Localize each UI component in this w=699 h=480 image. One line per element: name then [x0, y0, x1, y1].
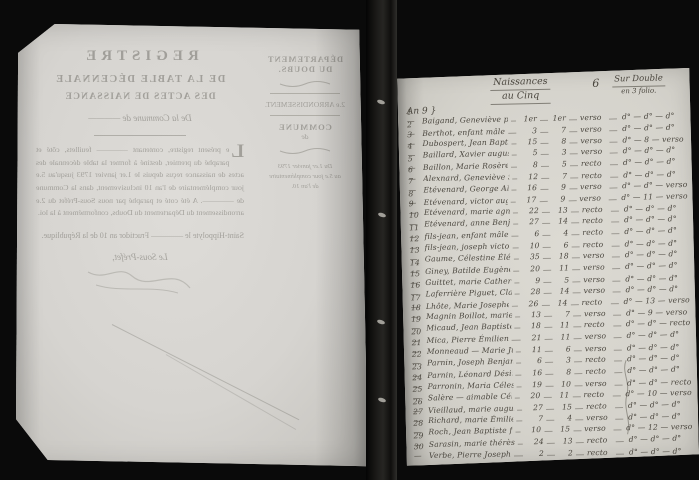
row-recto-verso: recto [582, 205, 608, 214]
ink-dash [614, 349, 622, 350]
ink-dash [609, 187, 617, 188]
row-ditto-marks: d° — 9 — verso [624, 307, 690, 317]
row-folio-number: 10 [522, 241, 540, 250]
row-acte-number: 3 [556, 355, 571, 364]
row-folio-number: 11 [524, 344, 542, 353]
ink-dash [540, 119, 548, 120]
ink-dash [544, 293, 552, 294]
ink-dash [616, 453, 624, 454]
ink-dash [610, 176, 618, 177]
title-rule [94, 135, 186, 136]
row-recto-verso: verso [584, 331, 610, 341]
row-name: Monneaud — Marie Justine [427, 345, 513, 355]
ink-dash [545, 385, 553, 386]
row-folio-number: 35 [522, 252, 540, 261]
ink-dash [514, 455, 523, 456]
row-ditto-marks: d° — d° — d° [625, 342, 691, 352]
row-acte-number: 13 [558, 436, 573, 445]
left-page: DÉPARTEMENT DU DOUBS. 2.e ARRONDISSEMENT… [16, 24, 368, 468]
ink-dash [609, 129, 617, 130]
printed-sidebar: DÉPARTEMENT DU DOUBS. 2.e ARRONDISSEMENT… [258, 48, 352, 305]
ink-dash [609, 118, 617, 119]
ink-dash [571, 234, 579, 235]
year-marker: An 9 } [407, 106, 437, 117]
binding-stitch [378, 397, 387, 403]
row-recto-verso: recto [581, 170, 607, 179]
ink-dash [571, 303, 579, 304]
ink-dash [574, 338, 582, 339]
ink-dash [547, 443, 555, 444]
row-number: 27 — [413, 407, 428, 425]
ink-dash [613, 291, 621, 292]
row-number: 18 — [411, 303, 426, 321]
row-acte-number: 11 [554, 390, 569, 399]
heading-line2: au Cinq [490, 90, 551, 105]
commune-subtitle: De la Commune de ———— [28, 113, 252, 123]
row-recto-verso: recto [585, 366, 611, 376]
row-acte-number: 1er [551, 113, 566, 122]
page-header: Naissances au Cinq 6 Sur Double en 3 fol… [406, 72, 686, 112]
ink-dash [570, 165, 578, 166]
ink-dash [515, 293, 520, 294]
row-name: Guittet, marie Catherine [425, 276, 511, 286]
ink-dash [612, 245, 620, 246]
row-folio-number: 24 [526, 437, 544, 446]
row-ditto-marks: d° — d° — d° [623, 238, 689, 248]
row-folio-number: 20 [522, 391, 540, 400]
ink-dash [514, 282, 519, 283]
ink-dash [575, 419, 583, 420]
ink-dash [516, 351, 521, 352]
ink-dash [613, 430, 621, 431]
row-folio-number: 15 [519, 137, 537, 146]
row-recto-verso: recto [586, 401, 612, 411]
ink-dash [569, 188, 577, 189]
ink-dash [545, 362, 553, 363]
ink-dash [576, 442, 584, 443]
row-acte-number: 6 [554, 240, 569, 249]
ink-dash [511, 189, 516, 190]
row-ditto-marks: d° — d° — d° [622, 203, 688, 213]
ink-dash [515, 432, 520, 433]
row-acte-number: 10 [556, 379, 571, 388]
row-ditto-marks: d° — d° — d° [622, 225, 688, 236]
naissances-heading: Naissances au Cinq [490, 76, 551, 105]
ink-dash [569, 142, 577, 143]
row-recto-verso: recto [587, 447, 613, 456]
ink-dash [571, 223, 579, 224]
ink-dash [543, 397, 551, 398]
sur-double-label: Sur Double [612, 73, 665, 87]
ink-dash [543, 281, 551, 282]
ink-dash [512, 340, 521, 341]
register-rows: An 9 } 1 — Baigand, Geneviève philippine… [407, 108, 693, 460]
row-name: Magnin Boillot, marie rose [426, 310, 512, 320]
ink-dash [515, 316, 520, 317]
row-ditto-marks: d° — d° — d° [627, 433, 693, 444]
row-recto-verso: verso [580, 135, 606, 144]
row-folio-number: 6 [524, 356, 542, 365]
date-note-line: au 5.e jour complémentaire [258, 172, 352, 182]
row-ditto-marks: d° — d° — d° [621, 169, 687, 179]
ink-dash [542, 212, 550, 213]
place-date-line: Saint-Hippolyte le ———— Fructidor an 10 … [28, 231, 252, 240]
ink-dash [547, 454, 555, 455]
ink-dash [609, 141, 617, 142]
row-folio-number: 2 [526, 448, 544, 457]
row-recto-verso: verso [585, 378, 611, 387]
registre-title: REGISTRE [28, 48, 252, 65]
row-folio-number: 9 [522, 275, 540, 284]
ink-dash [511, 120, 516, 121]
ink-dash [513, 224, 518, 225]
ink-dash [510, 201, 515, 202]
ink-dash [544, 316, 552, 317]
row-acte-number: 2 [558, 448, 573, 457]
row-name: Dubospert, Jean Baptiste [422, 137, 508, 147]
ink-dash [569, 130, 577, 131]
pen-scratch [112, 324, 300, 420]
ink-dash [608, 199, 616, 200]
row-acte-number: 5 [552, 159, 567, 168]
ink-dash [545, 350, 553, 351]
row-acte-number: 4 [557, 413, 572, 422]
ink-dash [514, 259, 519, 260]
department-label: DÉPARTEMENT [258, 54, 352, 64]
ink-dash [543, 269, 551, 270]
row-recto-verso: verso [580, 123, 606, 133]
row-number: 9 — [409, 199, 424, 217]
row-recto-verso: recto [583, 239, 609, 248]
ink-dash [540, 131, 548, 132]
ink-dash [511, 143, 516, 144]
date-note-line: Du 1.er janvier 1793 [258, 162, 352, 172]
ink-dash [571, 211, 579, 212]
row-recto-verso: verso [583, 262, 609, 272]
row-ditto-marks: d° — d° — d° [627, 446, 693, 456]
ink-dash [574, 350, 582, 351]
row-acte-number: 7 [555, 309, 570, 318]
ink-dash [514, 328, 520, 329]
row-recto-verso: verso [583, 274, 609, 283]
row-recto-verso: recto [581, 158, 607, 168]
ink-dash [574, 361, 582, 362]
ink-dash [574, 373, 582, 374]
ink-dash [511, 155, 516, 156]
sous-prefet-label: Le Sous-Préfet, [28, 252, 252, 262]
ink-dash [611, 302, 619, 303]
ink-dash [572, 246, 580, 247]
row-acte-number: 5 [554, 275, 569, 284]
row-recto-verso: recto [583, 389, 609, 399]
commune-de: de [258, 132, 352, 141]
ink-dash [544, 431, 552, 432]
row-acte-number: 9 [551, 182, 566, 191]
row-recto-verso: recto [581, 297, 607, 307]
row-acte-number: 11 [555, 332, 570, 341]
ink-dash [544, 327, 552, 328]
heading-line1: Naissances [490, 76, 551, 91]
ink-dash [516, 374, 522, 375]
ink-dash [516, 420, 522, 421]
binding-stitch [377, 99, 386, 105]
row-name: Verbe, Pierre Joseph [429, 449, 511, 459]
ink-dash [612, 395, 620, 396]
row-ditto-marks: d° — d° — d° [620, 121, 686, 132]
department-name: DU DOUBS. [258, 64, 352, 74]
ink-dash [546, 408, 554, 409]
ink-dash [540, 142, 548, 143]
register-attestation-paragraph: Le présent registre, contenant ———— feui… [28, 144, 252, 220]
ink-dash [573, 315, 581, 316]
row-number: 6 — [408, 164, 423, 182]
ink-dash [511, 166, 517, 167]
ink-dash [542, 235, 550, 236]
ink-dash [612, 268, 620, 269]
row-recto-verso: recto [587, 435, 613, 445]
ink-dash [513, 212, 518, 213]
ink-dash [613, 326, 621, 327]
row-recto-verso: recto [582, 227, 608, 237]
row-number: 12 — [409, 234, 424, 252]
ink-dash [512, 178, 517, 179]
row-name: fils-jean, joseph victor [425, 241, 510, 251]
row-number: 15 — [410, 268, 425, 286]
row-ditto-marks: d° — d° — d° [624, 329, 690, 340]
ink-dash [611, 233, 619, 234]
commune-label: COMMUNE [258, 122, 352, 132]
ink-dash [513, 270, 519, 271]
sur-double-note: Sur Double en 3 folio. [612, 73, 665, 96]
ink-dash [612, 256, 620, 257]
row-folio-number: 20 [522, 264, 540, 273]
row-recto-verso: verso [585, 343, 611, 352]
row-name: Alexnard, Geneviève Sylvie [423, 172, 509, 182]
ink-dash [574, 384, 582, 385]
ink-dash [573, 292, 581, 293]
ink-dash [616, 441, 624, 442]
ink-dash [542, 223, 550, 224]
ink-dash [568, 200, 576, 201]
row-acte-number: 11 [554, 263, 569, 272]
signature-bleed [80, 262, 200, 300]
scanned-register-photo: DÉPARTEMENT DU DOUBS. 2.e ARRONDISSEMENT… [0, 0, 699, 480]
row-folio-number: 8 [520, 160, 538, 169]
row-folio-number: 19 [524, 379, 542, 388]
table-decennale-line: DE LA TABLE DÉCENNALE [28, 74, 252, 85]
page-number: 6 [592, 77, 599, 90]
ink-dash [514, 397, 519, 398]
row-number: 3 — [407, 130, 422, 148]
ink-dash [543, 258, 551, 259]
ink-dash [508, 132, 516, 133]
printed-title-block: REGISTRE DE LA TABLE DÉCENNALE DES ACTES… [28, 48, 252, 305]
ink-dash [569, 119, 577, 120]
ink-dash [576, 454, 584, 455]
book-spine-gutter [366, 0, 397, 480]
squiggle-divider [278, 79, 332, 87]
right-page: Naissances au Cinq 6 Sur Double en 3 fol… [397, 68, 699, 466]
sur-double-sub: en 3 folio. [612, 86, 665, 96]
row-recto-verso: verso [584, 309, 610, 318]
pen-scratch [166, 354, 296, 430]
ink-dash [572, 257, 580, 258]
row-ditto-marks: d° — 8 — verso [620, 134, 686, 144]
row-number: 24 — [412, 372, 427, 390]
row-name: Richard, marie Émilie [428, 414, 513, 424]
row-number: 21 — [412, 337, 427, 355]
ink-dash [517, 409, 522, 410]
ink-dash [540, 189, 548, 190]
row-ditto-marks: d° — d° — recto [625, 377, 692, 387]
ink-dash [516, 385, 521, 386]
binding-stitch [377, 319, 386, 325]
ink-dash [610, 153, 618, 154]
ink-dash [572, 269, 580, 270]
row-folio-number: 12 [520, 171, 538, 180]
ink-dash [541, 177, 549, 178]
ink-dash [539, 200, 547, 201]
row-ditto-marks: d° — d° — d° [623, 273, 689, 283]
row-ditto-marks: d° — d° — d° [625, 364, 691, 375]
ink-dash [614, 337, 622, 338]
row-acte-number: 13 [553, 205, 568, 214]
row-acte-number: 6 [556, 344, 571, 353]
ink-dash [612, 280, 620, 281]
ink-dash [575, 407, 583, 408]
row-recto-verso: verso [580, 112, 606, 122]
ink-dash [610, 164, 618, 165]
ink-dash [512, 236, 519, 237]
row-number: 30 — [414, 441, 429, 459]
row-name: Parronin, Maria Célestine [427, 380, 513, 390]
printed-title-bleed-through: DÉPARTEMENT DU DOUBS. 2.e ARRONDISSEMENT… [16, 24, 368, 468]
ink-dash [543, 246, 551, 247]
ink-dash [572, 281, 580, 282]
squiggle-divider [278, 146, 332, 154]
sidebar-rule [270, 115, 340, 116]
row-acte-number: 4 [553, 228, 568, 237]
row-acte-number: 8 [551, 136, 566, 145]
ink-dash [513, 247, 519, 248]
row-folio-number: 7 [525, 414, 543, 423]
row-ditto-marks: d° — d° — d° [623, 260, 689, 271]
ink-dash [541, 154, 549, 155]
ink-dash [611, 222, 619, 223]
ink-dash [573, 327, 581, 328]
ink-dash [542, 304, 550, 305]
manuscript-content: Naissances au Cinq 6 Sur Double en 3 fol… [397, 68, 699, 466]
ink-dash [545, 339, 553, 340]
ink-dash [613, 314, 621, 315]
ink-dash [573, 431, 581, 432]
row-ditto-marks: d° — d° — d° [621, 156, 687, 167]
ink-dash [572, 396, 580, 397]
ink-dash [570, 153, 578, 154]
sidebar-rule [270, 93, 340, 94]
binding-stitch [378, 212, 387, 218]
sidebar-date-note: Du 1.er janvier 1793 au 5.e jour complém… [258, 162, 352, 191]
row-recto-verso: verso [586, 413, 612, 422]
ink-dash [545, 373, 553, 374]
actes-naissance-line: DES ACTES DE NAISSANCE [28, 92, 252, 102]
row-acte-number: 8 [556, 367, 571, 376]
row-acte-number: 7 [552, 171, 567, 180]
arrondissement-label: 2.e ARRONDISSEMENT. [258, 100, 352, 109]
date-note-line: de l'an 10. [258, 182, 352, 192]
row-ditto-marks: d° — d° — d° [626, 411, 692, 421]
ink-dash [611, 211, 619, 212]
row-folio-number: 16 [519, 183, 537, 192]
row-folio-number: 1er [519, 114, 537, 123]
row-folio-number: 13 [523, 310, 541, 319]
ink-dash [518, 443, 523, 444]
ink-dash [546, 420, 554, 421]
ink-dash [541, 166, 549, 167]
ink-dash [516, 362, 521, 363]
ink-flourish-brace [621, 359, 633, 435]
row-folio-number: 28 [522, 287, 540, 296]
ink-dash [570, 177, 578, 178]
ink-dash [512, 305, 518, 306]
row-acte-number: 14 [554, 286, 569, 295]
row-acte-number: 7 [551, 124, 566, 133]
row-folio-number: 16 [524, 368, 542, 377]
row-folio-number: 22 [521, 206, 539, 215]
